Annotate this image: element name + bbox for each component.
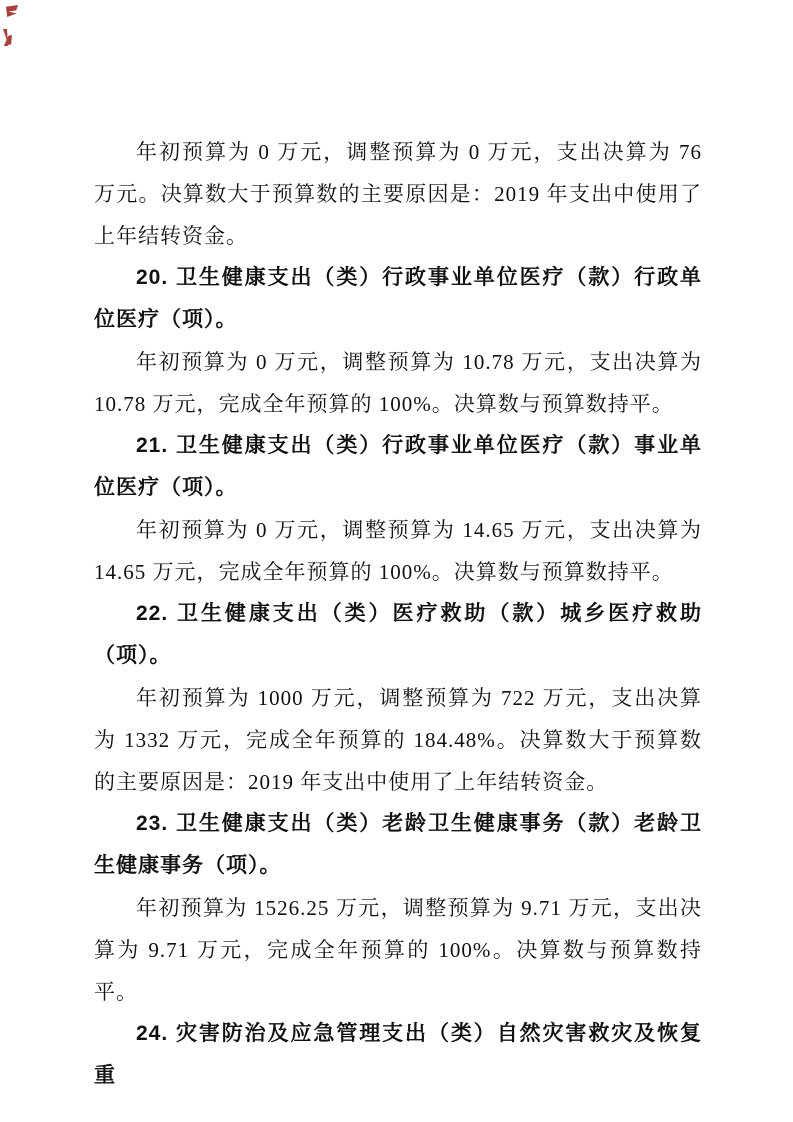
red-scan-mark-bottom: [3, 29, 12, 46]
heading-item-22: 22. 卫生健康支出（类）医疗救助（款）城乡医疗救助（项）。: [94, 593, 702, 677]
paragraph-item20-budget-detail: 年初预算为 0 万元，调整预算为 10.78 万元，支出决算为 10.78 万元…: [94, 341, 702, 425]
paragraph-item21-budget-detail: 年初预算为 0 万元，调整预算为 14.65 万元，支出决算为 14.65 万元…: [94, 509, 702, 593]
document-page: 年初预算为 0 万元，调整预算为 0 万元，支出决算为 76 万元。决算数大于预…: [0, 0, 793, 1122]
paragraph-item22-budget-detail: 年初预算为 1000 万元，调整预算为 722 万元，支出决算为 1332 万元…: [94, 677, 702, 803]
paragraph-item19-budget-detail: 年初预算为 0 万元，调整预算为 0 万元，支出决算为 76 万元。决算数大于预…: [94, 131, 702, 257]
red-scan-mark-top: [6, 5, 18, 17]
paragraph-item23-budget-detail: 年初预算为 1526.25 万元，调整预算为 9.71 万元，支出决算为 9.7…: [94, 887, 702, 1013]
document-content: 年初预算为 0 万元，调整预算为 0 万元，支出决算为 76 万元。决算数大于预…: [94, 131, 702, 1097]
heading-item-21: 21. 卫生健康支出（类）行政事业单位医疗（款）事业单位医疗（项）。: [94, 425, 702, 509]
heading-item-24: 24. 灾害防治及应急管理支出（类）自然灾害救灾及恢复重: [94, 1013, 702, 1097]
heading-item-23: 23. 卫生健康支出（类）老龄卫生健康事务（款）老龄卫生健康事务（项）。: [94, 803, 702, 887]
heading-item-20: 20. 卫生健康支出（类）行政事业单位医疗（款）行政单位医疗（项）。: [94, 257, 702, 341]
